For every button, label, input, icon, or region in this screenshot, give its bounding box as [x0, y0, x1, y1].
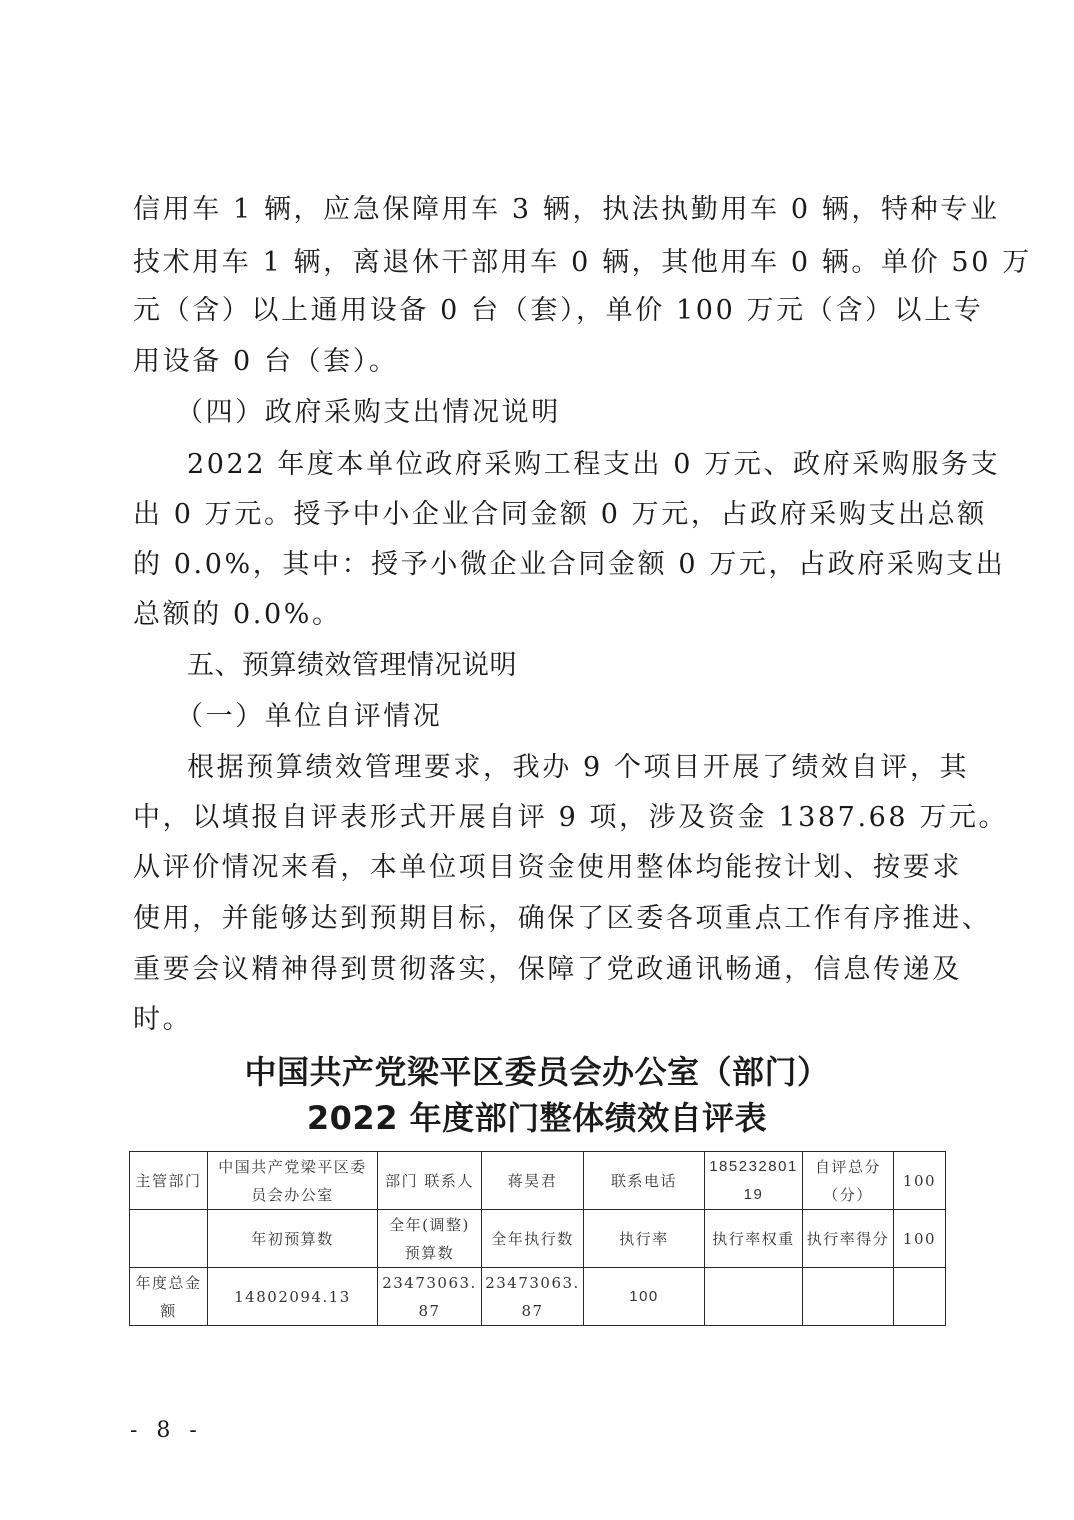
page-number: - 8 - [130, 1418, 203, 1443]
cell-label-annual-total: 年度总金额 [130, 1268, 208, 1326]
body-text-line: 用设备 0 台（套）。 [133, 347, 945, 377]
table-title-line1: 中国共产党梁平区委员会办公室（部门） [0, 1052, 1074, 1092]
cell-contact-name: 蒋昊君 [482, 1152, 584, 1210]
body-text-line: 重要会议精神得到贯彻落实，保障了党政通讯畅通，信息传递及 [133, 955, 945, 985]
table-row: 年初预算数 全年(调整)预算数 全年执行数 执行率 执行率权重 执行率得分 10… [130, 1210, 946, 1268]
cell-exec-rate-score [803, 1268, 894, 1326]
body-text-line: 信用车 1 辆，应急保障用车 3 辆，执法执勤用车 0 辆，特种专业 [133, 195, 945, 225]
cell-label-total-score: 自评总分（分） [803, 1152, 894, 1210]
cell-label-exec-score: 执行率得分 [803, 1210, 894, 1268]
cell-label-initial-budget: 年初预算数 [208, 1210, 378, 1268]
cell-dept-name: 中国共产党梁平区委员会办公室 [208, 1152, 378, 1210]
body-text-line: 使用，并能够达到预期目标，确保了区委各项重点工作有序推进、 [133, 904, 945, 934]
cell-label-phone: 联系电话 [584, 1152, 705, 1210]
body-text-line: 中，以填报自评表形式开展自评 9 项，涉及资金 1387.68 万元。 [133, 803, 945, 833]
chapter-heading: 五、预算绩效管理情况说明 [187, 651, 999, 681]
cell-label-adjusted-budget: 全年(调整)预算数 [378, 1210, 482, 1268]
cell-exec-rate: 100 [584, 1268, 705, 1326]
section-heading: （四）政府采购支出情况说明 [176, 398, 988, 428]
body-text-line: 总额的 0.0%。 [133, 600, 945, 630]
body-text-line: 技术用车 1 辆，离退休干部用车 0 辆，其他用车 0 辆。单价 50 万 [133, 248, 945, 278]
body-text-line: 的 0.0%，其中：授予小微企业合同金额 0 万元，占政府采购支出 [133, 550, 945, 580]
cell-exec-score: 100 [894, 1210, 946, 1268]
cell-empty [894, 1268, 946, 1326]
cell-exec-weight [705, 1268, 803, 1326]
section-heading: （一）单位自评情况 [176, 702, 988, 732]
cell-label-executed: 全年执行数 [482, 1210, 584, 1268]
cell-label-exec-rate: 执行率 [584, 1210, 705, 1268]
cell-executed: 23473063.87 [482, 1268, 584, 1326]
cell-label-contact: 部门 联系人 [378, 1152, 482, 1210]
table-row: 年度总金额 14802094.13 23473063.87 23473063.8… [130, 1268, 946, 1326]
body-text-line: 根据预算绩效管理要求，我办 9 个项目开展了绩效自评，其 [187, 753, 999, 783]
body-text-line: 从评价情况来看，本单位项目资金使用整体均能按计划、按要求 [133, 853, 945, 883]
cell-phone: 18523280119 [705, 1152, 803, 1210]
cell-initial-budget: 14802094.13 [208, 1268, 378, 1326]
table-row: 主管部门 中国共产党梁平区委员会办公室 部门 联系人 蒋昊君 联系电话 1852… [130, 1152, 946, 1210]
cell-empty [130, 1210, 208, 1268]
cell-label-exec-weight: 执行率权重 [705, 1210, 803, 1268]
table-title-line2: 2022 年度部门整体绩效自评表 [0, 1098, 1074, 1138]
cell-total-score: 100 [894, 1152, 946, 1210]
cell-adjusted-budget: 23473063.87 [378, 1268, 482, 1326]
body-text-line: 出 0 万元。授予中小企业合同金额 0 万元，占政府采购支出总额 [133, 500, 945, 530]
body-text-line: 时。 [133, 1005, 945, 1035]
body-text-line: 元（含）以上通用设备 0 台（套），单价 100 万元（含）以上专 [133, 296, 945, 326]
body-text-line: 2022 年度本单位政府采购工程支出 0 万元、政府采购服务支 [187, 450, 999, 480]
performance-self-eval-table: 主管部门 中国共产党梁平区委员会办公室 部门 联系人 蒋昊君 联系电话 1852… [129, 1151, 946, 1326]
cell-label-supervising-dept: 主管部门 [130, 1152, 208, 1210]
